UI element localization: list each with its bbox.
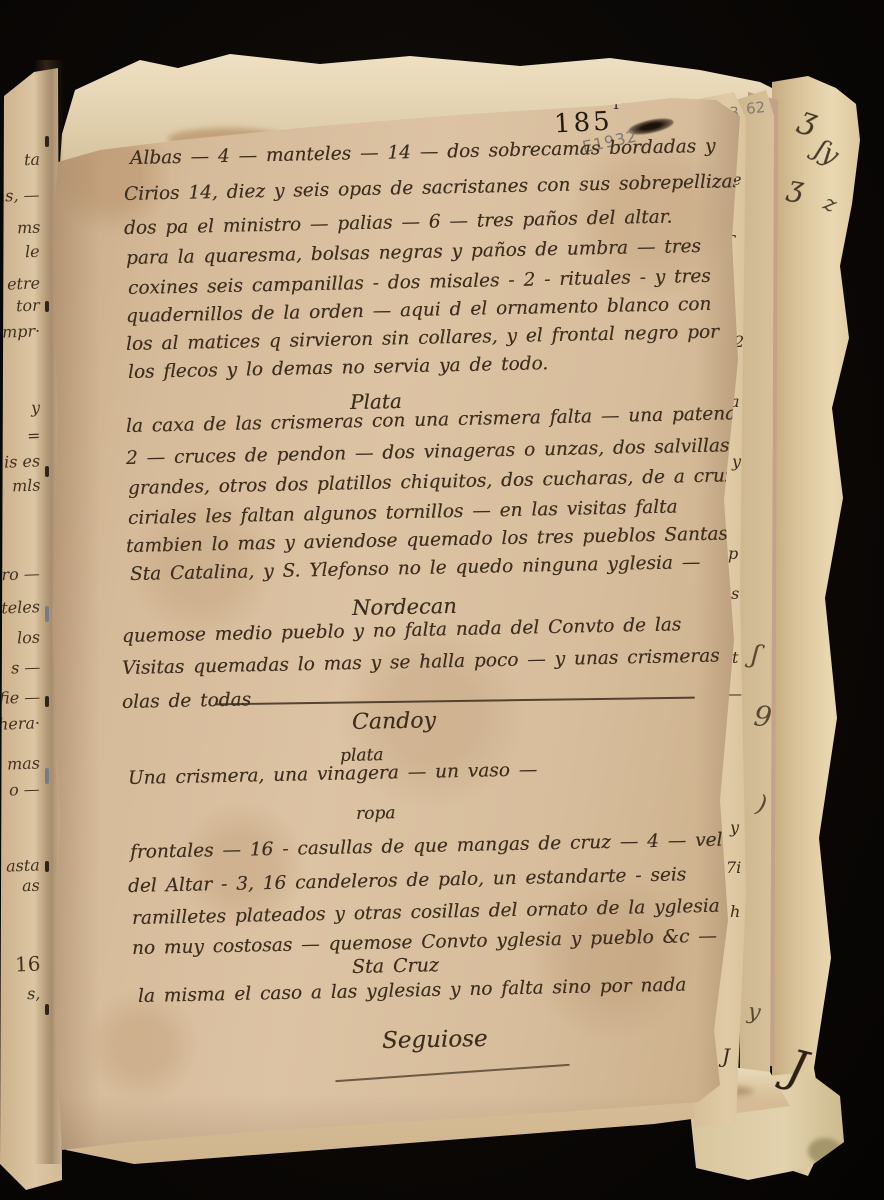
manuscript-line: grandes, otros dos platillos chiquitos, … bbox=[128, 465, 754, 499]
stitch-thread bbox=[45, 606, 49, 622]
section-heading-candoy: Candoy bbox=[352, 708, 436, 735]
manuscript-line: frontales — 16 - casullas de que mangas … bbox=[130, 829, 743, 863]
section-heading-nordecan: Nordecan bbox=[352, 594, 457, 620]
manuscript-line: coxines seis campanillas - dos misales -… bbox=[128, 266, 711, 299]
manuscript-line: Una crismera, una vinagera — un vaso — bbox=[128, 759, 538, 789]
ink-scribble: ʒ bbox=[795, 100, 822, 139]
manuscript-line: Cirios 14, diez y seis opas de sacristan… bbox=[124, 171, 748, 205]
manuscript-line: Visitas quemadas lo mas y se halla poco … bbox=[122, 645, 720, 679]
manuscript-line: 2 — cruces de pendon — dos vinageras o u… bbox=[126, 435, 730, 469]
script-fragment: p bbox=[728, 544, 738, 563]
script-fragment: J bbox=[722, 1044, 730, 1068]
ink-scribble: ʒ bbox=[785, 169, 806, 204]
manuscript-line: la caxa de las crismeras con una crismer… bbox=[126, 403, 737, 437]
pencil-number-62: 62 bbox=[745, 98, 766, 118]
manuscript-line: ciriales les faltan algunos tornillos — … bbox=[128, 496, 678, 529]
manuscript-line: Albas — 4 — manteles — 14 — dos sobrecam… bbox=[130, 136, 716, 169]
script-fragment: 7i bbox=[726, 858, 741, 877]
script-fragment: h bbox=[730, 902, 740, 921]
manuscript-photo: ʒ ʃy ʒ z 62 43 e ʃ 2 a y p is t — y 7i h… bbox=[0, 0, 884, 1200]
stitch-mark bbox=[45, 1004, 49, 1015]
main-page: 185 1° E1932 Albas — 4 — manteles — 14 —… bbox=[52, 96, 744, 1158]
manuscript-line: Sta Catalina, y S. Ylefonso no le quedo … bbox=[130, 552, 701, 585]
stitch-mark bbox=[45, 466, 49, 477]
stitch-mark bbox=[45, 301, 49, 312]
ink-curl: 9 bbox=[752, 699, 773, 734]
closing-flourish-word: Seguiose bbox=[382, 1026, 488, 1054]
flourish-underline bbox=[335, 1064, 570, 1082]
script-fragment: y bbox=[732, 452, 741, 471]
stitch-mark bbox=[45, 861, 49, 872]
manuscript-line: la misma el caso a las yglesias y no fal… bbox=[138, 975, 687, 1007]
stain bbox=[808, 1138, 842, 1164]
back-sheet-right-outer: ʒ ʃy ʒ z bbox=[772, 76, 864, 1180]
manuscript-line: dos pa el ministro — palias — 6 — tres p… bbox=[124, 207, 673, 239]
section-heading-sta-cruz: Sta Cruz bbox=[352, 954, 439, 978]
manuscript-line: quemose medio pueblo y no falta nada del… bbox=[122, 614, 682, 647]
manuscript-line: olas de todas bbox=[122, 689, 251, 713]
ink-scribble: z bbox=[819, 191, 840, 219]
manuscript-line: del Altar - 3, 16 candeleros de palo, un… bbox=[128, 864, 687, 897]
stitch-thread bbox=[45, 768, 49, 784]
manuscript-line: ramilletes plateados y otras cosillas de… bbox=[132, 896, 720, 929]
manuscript-line: los al matices q sirvieron sin collares,… bbox=[126, 322, 719, 355]
ink-rule bbox=[215, 697, 695, 706]
manuscript-line: quadernillos de la orden — aqui d el orn… bbox=[126, 294, 712, 327]
manuscript-line: para la quaresma, bolsas negras y paños … bbox=[126, 236, 701, 269]
subheading-ropa: ropa bbox=[356, 803, 396, 824]
stitch-mark bbox=[45, 136, 49, 147]
stitch-mark bbox=[45, 696, 49, 707]
ink-scribble: ʃy bbox=[810, 135, 844, 172]
manuscript-line: tambien lo mas y aviendose quemado los t… bbox=[126, 523, 734, 557]
manuscript-line: los flecos y lo demas no servia ya de to… bbox=[128, 353, 549, 383]
script-fragment: y bbox=[730, 818, 739, 837]
